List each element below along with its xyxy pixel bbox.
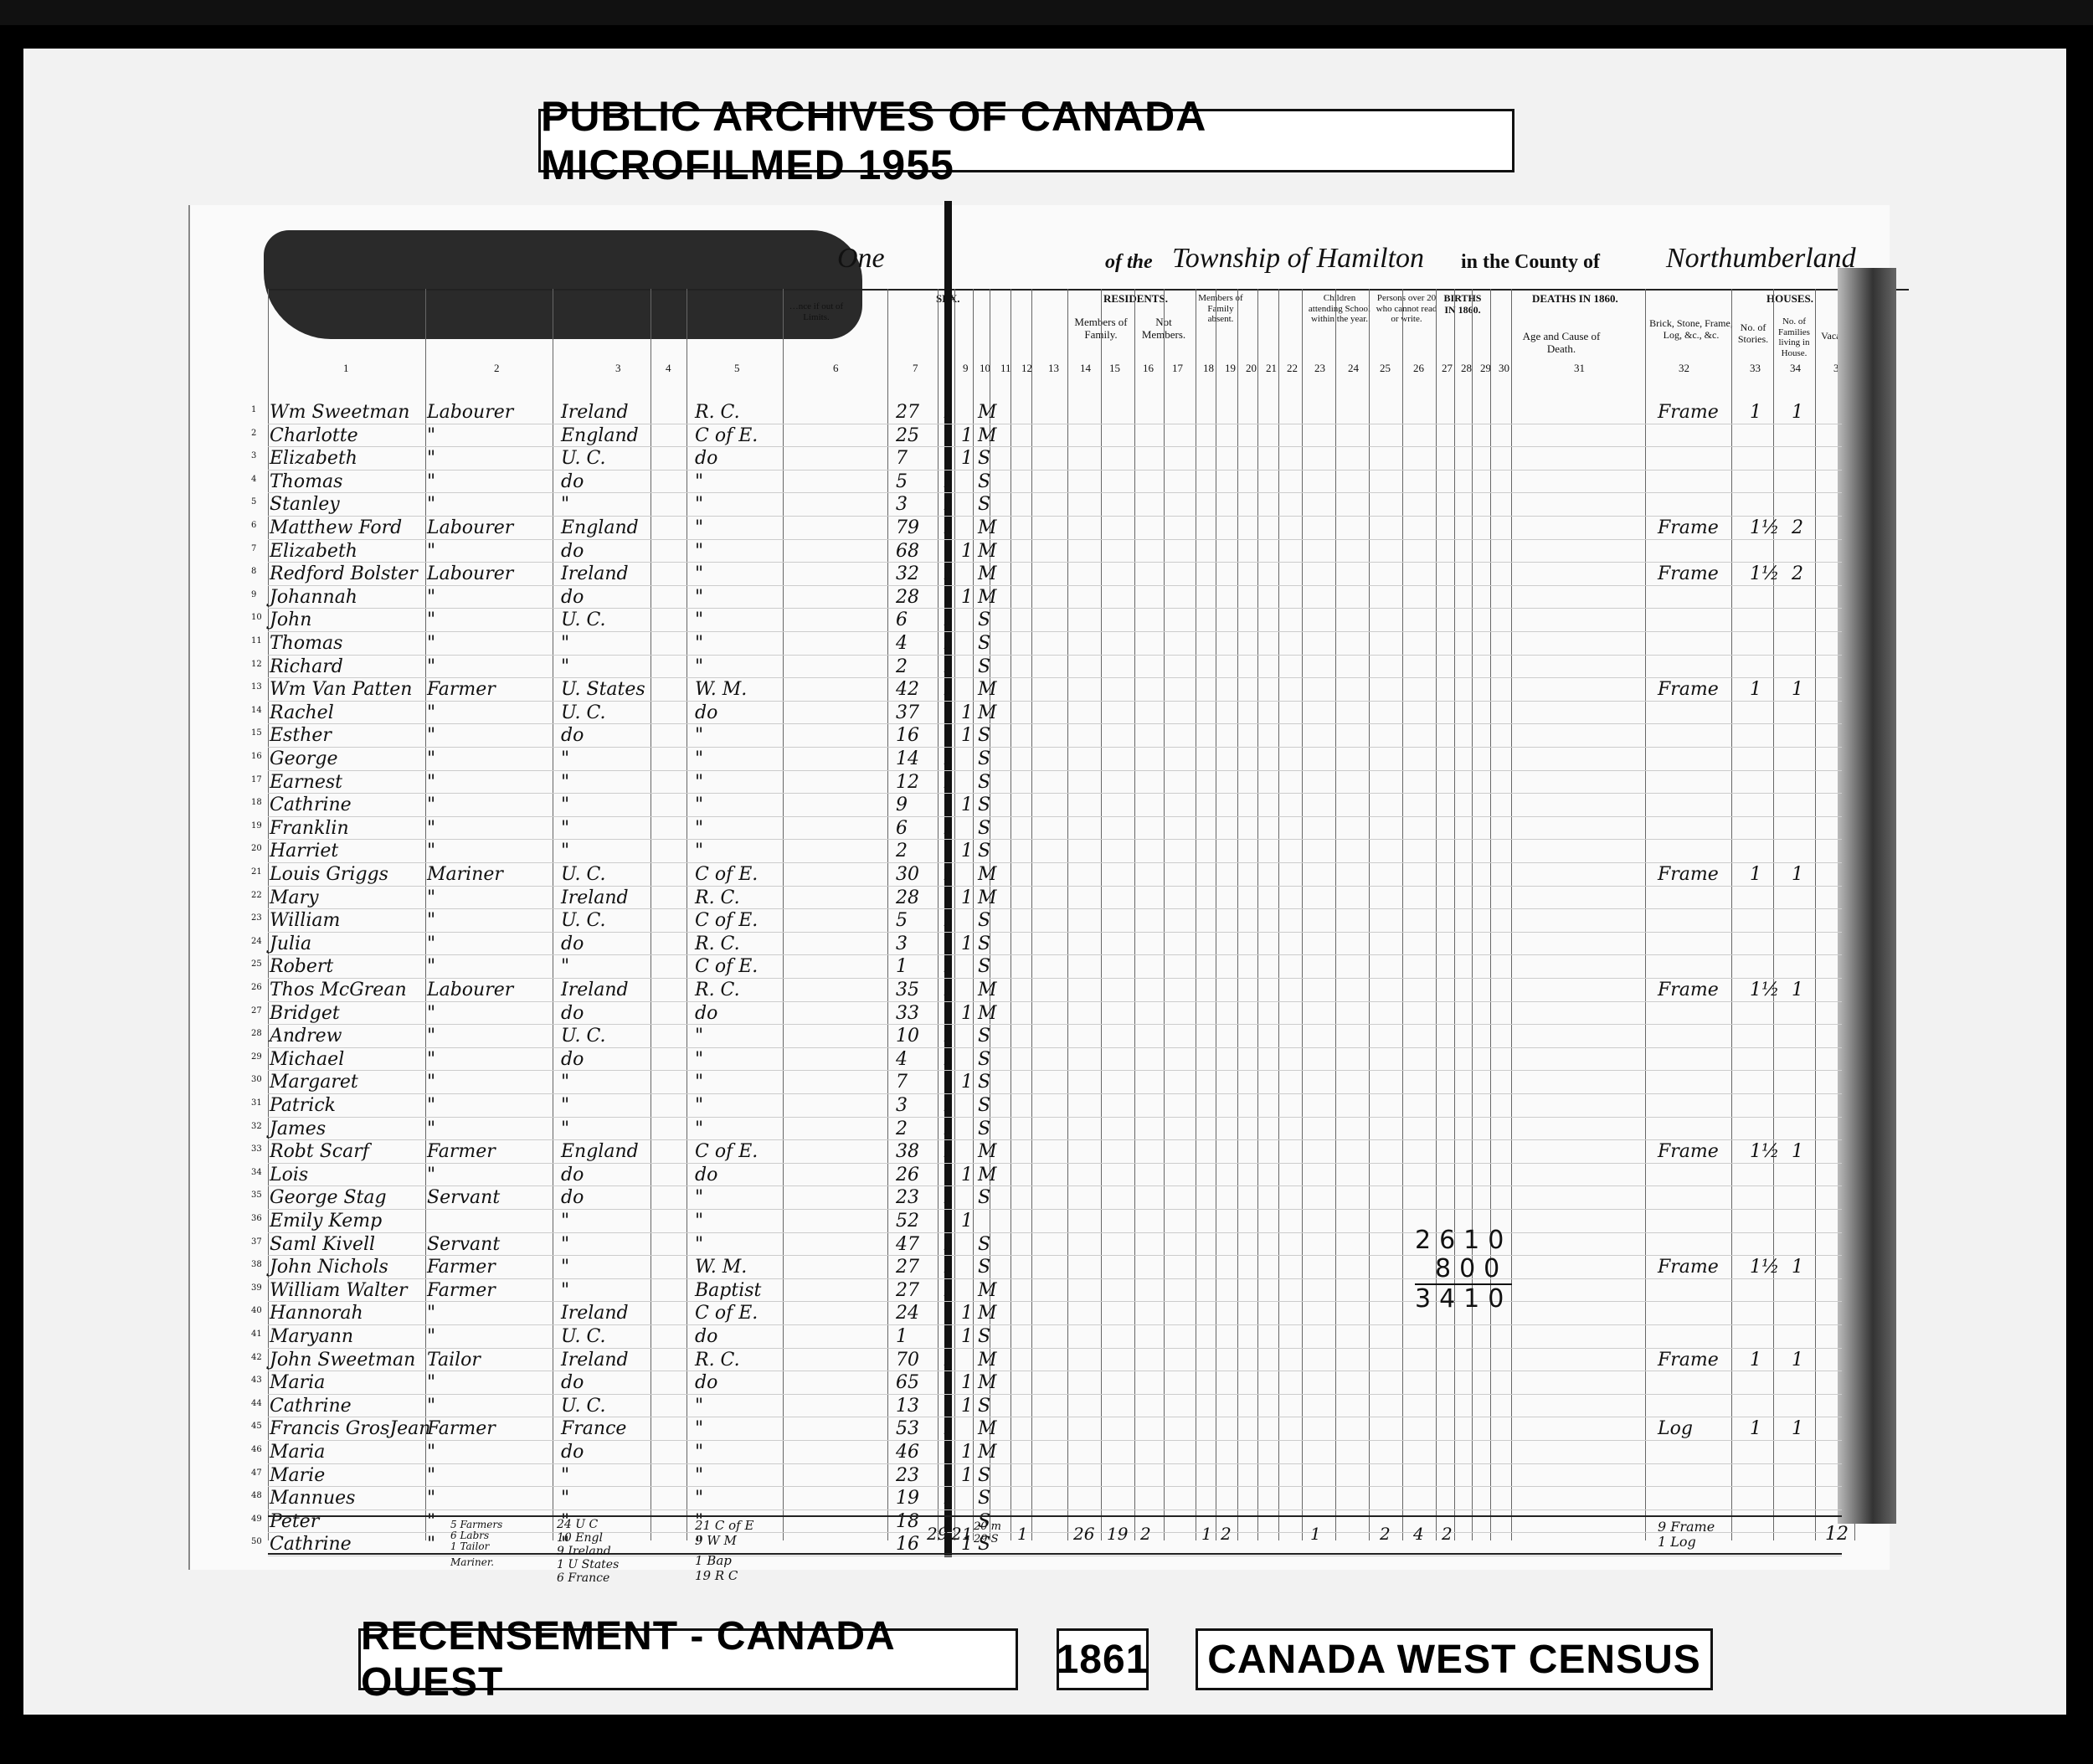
- birthplace-cell: ": [561, 1119, 569, 1139]
- families-cell: 2: [1792, 563, 1803, 584]
- marital-cell: M: [978, 563, 997, 584]
- name-cell: Cathrine: [270, 1396, 352, 1417]
- row-number: 17: [251, 775, 262, 784]
- age-cell: 12: [896, 772, 919, 793]
- col-num-30: 30: [1499, 362, 1509, 375]
- marital-cell: S: [978, 748, 990, 769]
- table-row: 24Julia"doR. C.31S: [251, 933, 1842, 958]
- birthplace-cell: Ireland: [561, 980, 629, 1000]
- religion-cell: C of E.: [695, 956, 758, 977]
- total-family-m: 26: [1073, 1524, 1094, 1544]
- birthplace-cell: ": [561, 1257, 569, 1278]
- age-cell: 30: [896, 864, 919, 885]
- female-cell: 1: [961, 1396, 973, 1417]
- name-cell: Francis GrosJean: [270, 1418, 430, 1439]
- row-number: 25: [251, 959, 262, 969]
- age-cell: 37: [896, 702, 919, 723]
- row-number: 1: [251, 405, 256, 414]
- marital-cell: S: [978, 471, 990, 492]
- marital-cell: M: [978, 587, 997, 608]
- marital-cell: M: [978, 402, 997, 423]
- table-row: 13Wm Van PattenFarmerU. StatesW. M.421MF…: [251, 679, 1842, 703]
- col-num-16: 16: [1143, 362, 1154, 375]
- col-num-1: 1: [343, 362, 349, 375]
- religion-cell: ": [695, 1072, 703, 1093]
- archive-label-english: CANADA WEST CENSUS: [1196, 1628, 1713, 1690]
- religion-cell: do: [695, 702, 717, 723]
- male-cell: 1: [943, 1141, 954, 1162]
- male-cell: 1: [943, 1257, 954, 1278]
- col-num-28: 28: [1461, 362, 1472, 375]
- female-cell: 1: [961, 1003, 973, 1024]
- name-cell: Maryann: [270, 1326, 353, 1347]
- religion-cell: ": [695, 494, 703, 515]
- religion-cell: ": [695, 772, 703, 793]
- birthplace-cell: do: [561, 933, 584, 954]
- female-cell: 1: [961, 541, 973, 562]
- house-type-cell: Log: [1658, 1418, 1693, 1439]
- name-cell: John Nichols: [270, 1257, 388, 1278]
- marital-cell: M: [978, 1003, 997, 1024]
- female-cell: 1: [961, 587, 973, 608]
- total-families: 12: [1825, 1524, 1849, 1545]
- name-cell: John: [270, 609, 311, 630]
- row-number: 4: [251, 475, 256, 484]
- table-row: 31Patrick"""31S: [251, 1095, 1842, 1119]
- age-cell: 38: [896, 1141, 919, 1162]
- age-cell: 18: [896, 1511, 919, 1532]
- birthplace-cell: ": [561, 1280, 569, 1301]
- birthplace-cell: do: [561, 541, 584, 562]
- occupation-cell: Farmer: [427, 1141, 496, 1162]
- row-number: 16: [251, 752, 262, 761]
- age-cell: 9: [896, 795, 908, 815]
- name-cell: Maria: [270, 1372, 325, 1393]
- female-cell: 1: [961, 1326, 973, 1347]
- table-row: 42John SweetmanTailorIrelandR. C.701MFra…: [251, 1350, 1842, 1374]
- house-type-cell: Frame: [1658, 1257, 1719, 1278]
- religion-cell: ": [695, 1488, 703, 1509]
- row-number: 14: [251, 706, 262, 715]
- female-cell: 1: [961, 702, 973, 723]
- name-cell: Bridget: [270, 1003, 340, 1024]
- occupation-cell: ": [427, 448, 435, 469]
- male-cell: 1: [943, 1049, 954, 1070]
- religion-cell: C of E.: [695, 1141, 758, 1162]
- age-cell: 6: [896, 609, 908, 630]
- table-row: 15Esther"do"161S: [251, 725, 1842, 749]
- col-num-15: 15: [1109, 362, 1120, 375]
- occupation-cell: Tailor: [427, 1350, 481, 1371]
- religion-cell: R. C.: [695, 887, 740, 908]
- occupation-cell: Farmer: [427, 1280, 496, 1301]
- occupation-cell: ": [427, 910, 435, 931]
- marital-cell: M: [978, 1165, 997, 1185]
- religion-cell: ": [695, 1465, 703, 1486]
- age-cell: 13: [896, 1396, 919, 1417]
- religion-cell: W. M.: [695, 1257, 747, 1278]
- male-cell: 1: [943, 1095, 954, 1116]
- total-family-f: 19: [1107, 1524, 1128, 1544]
- totals-bottom-rule: [268, 1553, 1842, 1555]
- age-cell: 4: [896, 633, 908, 654]
- religion-cell: ": [695, 1234, 703, 1255]
- age-cell: 68: [896, 541, 919, 562]
- birthplace-cell: ": [561, 1072, 569, 1093]
- name-cell: Elizabeth: [270, 541, 357, 562]
- male-cell: 1: [943, 1187, 954, 1208]
- marital-cell: M: [978, 1372, 997, 1393]
- archive-label-french: RECENSEMENT - CANADA OUEST: [358, 1628, 1018, 1690]
- birthplace-cell: ": [561, 1488, 569, 1509]
- occupation-cell: Farmer: [427, 1418, 496, 1439]
- name-cell: Charlotte: [270, 425, 358, 446]
- age-cell: 14: [896, 748, 919, 769]
- age-cell: 1: [896, 1326, 908, 1347]
- birthplace-cell: do: [561, 1165, 584, 1185]
- name-cell: Esther: [270, 725, 332, 746]
- redacted-area: [264, 230, 862, 339]
- name-cell: Patrick: [270, 1095, 336, 1116]
- table-row: 17Earnest"""121S: [251, 772, 1842, 796]
- col-num-34: 34: [1790, 362, 1801, 375]
- marital-cell: S: [978, 933, 990, 954]
- marital-cell: S: [978, 910, 990, 931]
- row-number: 18: [251, 798, 262, 807]
- table-row: 48Mannues"""191S: [251, 1488, 1842, 1512]
- marital-cell: S: [978, 656, 990, 677]
- religion-cell: C of E.: [695, 425, 758, 446]
- header-deaths: DEATHS IN 1860.: [1532, 293, 1618, 306]
- table-row: 28Andrew"U. C."101S: [251, 1026, 1842, 1050]
- age-cell: 1: [896, 956, 908, 977]
- marital-cell: S: [978, 494, 990, 515]
- house-type-cell: Frame: [1658, 563, 1719, 584]
- name-cell: Julia: [270, 933, 311, 954]
- stories-cell: 1: [1750, 679, 1761, 700]
- name-cell: Maria: [270, 1442, 325, 1463]
- row-number: 22: [251, 891, 262, 900]
- families-cell: 1: [1792, 402, 1803, 423]
- name-cell: James: [270, 1119, 326, 1139]
- table-row: 12Richard"""21S: [251, 656, 1842, 681]
- religion-cell: do: [695, 1372, 717, 1393]
- total-notmember-m: 2: [1140, 1524, 1151, 1544]
- total-lunatics: 1: [1310, 1524, 1321, 1544]
- header-rule: [268, 289, 1909, 291]
- male-cell: 1: [943, 910, 954, 931]
- birthplace-cell: do: [561, 1003, 584, 1024]
- religion-cell: ": [695, 1442, 703, 1463]
- age-cell: 3: [896, 494, 908, 515]
- archive-label-top: PUBLIC ARCHIVES OF CANADA MICROFILMED 19…: [538, 109, 1514, 172]
- female-cell: 1: [961, 1211, 973, 1232]
- name-cell: Robert: [270, 956, 333, 977]
- families-cell: 1: [1792, 1141, 1803, 1162]
- marital-cell: S: [978, 1465, 990, 1486]
- marital-cell: S: [978, 1326, 990, 1347]
- row-number: 38: [251, 1260, 262, 1269]
- total-male: 29: [927, 1524, 948, 1544]
- row-number: 8: [251, 567, 256, 576]
- table-row: 2Charlotte"EnglandC of E.251M: [251, 425, 1842, 450]
- col-31-label: Age and Cause of Death.: [1511, 331, 1612, 356]
- occupation-cell: ": [427, 1095, 435, 1116]
- table-row: 16George"""141S: [251, 748, 1842, 773]
- row-number: 37: [251, 1237, 262, 1247]
- table-row: 26Thos McGreanLabourerIrelandR. C.351MFr…: [251, 980, 1842, 1004]
- female-cell: 1: [961, 725, 973, 746]
- row-number: 19: [251, 821, 262, 831]
- occupation-cell: ": [427, 772, 435, 793]
- name-cell: Saml Kivell: [270, 1234, 375, 1255]
- row-number: 32: [251, 1122, 262, 1131]
- row-number: 27: [251, 1006, 262, 1016]
- table-row: 37Saml KivellServant""471S: [251, 1234, 1842, 1258]
- marital-cell: S: [978, 1488, 990, 1509]
- marital-cell: S: [978, 633, 990, 654]
- row-number: 11: [251, 636, 262, 645]
- marital-cell: S: [978, 795, 990, 815]
- stories-cell: 1: [1750, 1418, 1761, 1439]
- occupation-cell: ": [427, 1119, 435, 1139]
- female-cell: 1: [961, 887, 973, 908]
- occupation-cell: Labourer: [427, 517, 513, 538]
- female-cell: 1: [961, 1442, 973, 1463]
- age-cell: 2: [896, 841, 908, 861]
- table-row: 32James"""21S: [251, 1119, 1842, 1143]
- birthplace-cell: U. C.: [561, 448, 606, 469]
- marital-cell: S: [978, 1049, 990, 1070]
- birthplace-cell: Ireland: [561, 1350, 629, 1371]
- occupation-cell: ": [427, 494, 435, 515]
- header-members-absent: Members of Family absent.: [1196, 293, 1246, 325]
- total-absent-f: 2: [1221, 1524, 1232, 1544]
- occupation-cell: ": [427, 1372, 435, 1393]
- name-cell: Johannah: [270, 587, 357, 608]
- occupation-cell: Servant: [427, 1234, 500, 1255]
- age-cell: 3: [896, 1095, 908, 1116]
- marital-cell: M: [978, 887, 997, 908]
- name-cell: Emily Kemp: [270, 1211, 382, 1232]
- age-cell: 4: [896, 1049, 908, 1070]
- birthplace-cell: France: [561, 1418, 626, 1439]
- religion-cell: ": [695, 1187, 703, 1208]
- row-number: 21: [251, 867, 262, 877]
- name-cell: William: [270, 910, 340, 931]
- name-cell: Robt Scarf: [270, 1141, 369, 1162]
- male-cell: 1: [943, 1280, 954, 1301]
- occupation-cell: ": [427, 748, 435, 769]
- marital-cell: M: [978, 702, 997, 723]
- marital-cell: S: [978, 1026, 990, 1047]
- religion-cell: ": [695, 587, 703, 608]
- name-cell: Redford Bolster: [270, 563, 418, 584]
- house-type-cell: Frame: [1658, 980, 1719, 1000]
- col-num-23: 23: [1314, 362, 1325, 375]
- row-number: 12: [251, 660, 262, 669]
- birthplace-cell: ": [561, 818, 569, 839]
- male-cell: 1: [943, 1119, 954, 1139]
- col-num-31: 31: [1574, 362, 1585, 375]
- birthplace-cell: Ireland: [561, 563, 629, 584]
- house-type-cell: Frame: [1658, 864, 1719, 885]
- age-cell: 2: [896, 656, 908, 677]
- families-cell: 2: [1792, 517, 1803, 538]
- female-cell: 1: [961, 1303, 973, 1324]
- table-row: 44Cathrine"U. C."131S: [251, 1396, 1842, 1420]
- occupation-cell: ": [427, 1303, 435, 1324]
- religion-cell: do: [695, 448, 717, 469]
- occupation-cell: ": [427, 1072, 435, 1093]
- families-cell: 1: [1792, 864, 1803, 885]
- religion-cell: ": [695, 1396, 703, 1417]
- table-row: 7Elizabeth"do"681M: [251, 541, 1842, 565]
- col-num-26: 26: [1413, 362, 1424, 375]
- table-row: 22Mary"IrelandR. C.281M: [251, 887, 1842, 912]
- name-cell: Stanley: [270, 494, 340, 515]
- col-num-24: 24: [1348, 362, 1359, 375]
- birthplace-cell: ": [561, 748, 569, 769]
- table-row: 14Rachel"U. C.do371M: [251, 702, 1842, 727]
- name-cell: Franklin: [270, 818, 349, 839]
- religion-cell: do: [695, 1326, 717, 1347]
- age-cell: 46: [896, 1442, 919, 1463]
- name-cell: Michael: [270, 1049, 344, 1070]
- table-row: 45Francis GrosJeanFarmerFrance"531MLog11: [251, 1418, 1842, 1443]
- female-cell: 1: [961, 1165, 973, 1185]
- table-row: 41Maryann"U. C.do11S: [251, 1326, 1842, 1350]
- religion-cell: ": [695, 517, 703, 538]
- religion-cell: do: [695, 1003, 717, 1024]
- occupation-cell: ": [427, 933, 435, 954]
- occupation-cell: ": [427, 1049, 435, 1070]
- row-number: 26: [251, 983, 262, 992]
- occupation-cell: ": [427, 633, 435, 654]
- table-row: 39William WalterFarmer"Baptist271M: [251, 1280, 1842, 1304]
- stories-cell: 1½: [1750, 563, 1779, 584]
- male-cell: 1: [943, 679, 954, 700]
- birthplace-cell: ": [561, 1465, 569, 1486]
- occupation-cell: ": [427, 1511, 435, 1532]
- age-cell: 33: [896, 1003, 919, 1024]
- birthplace-cell: do: [561, 587, 584, 608]
- age-cell: 53: [896, 1418, 919, 1439]
- col-num-13: 13: [1048, 362, 1059, 375]
- age-cell: 25: [896, 425, 919, 446]
- birthplace-cell: ": [561, 841, 569, 861]
- birthplace-cell: do: [561, 1187, 584, 1208]
- table-row: 43Maria"dodo651M: [251, 1372, 1842, 1396]
- table-row: 6Matthew FordLabourerEngland"791MFrame1½…: [251, 517, 1842, 542]
- col-num-18: 18: [1203, 362, 1214, 375]
- female-cell: 1: [961, 1072, 973, 1093]
- table-row: 23William"U. C.C of E.51S: [251, 910, 1842, 934]
- row-number: 9: [251, 590, 256, 599]
- table-row: 10John"U. C."61S: [251, 609, 1842, 634]
- religion-cell: ": [695, 541, 703, 562]
- occupation-cell: ": [427, 541, 435, 562]
- occupation-cell: ": [427, 471, 435, 492]
- col-num-14: 14: [1080, 362, 1091, 375]
- age-cell: 5: [896, 910, 908, 931]
- marital-cell: M: [978, 517, 997, 538]
- name-cell: Peter: [270, 1511, 319, 1532]
- religion-cell: ": [695, 563, 703, 584]
- age-cell: 16: [896, 725, 919, 746]
- marital-cell: M: [978, 1141, 997, 1162]
- birthplace-cell: do: [561, 725, 584, 746]
- occupation-cell: Farmer: [427, 1257, 496, 1278]
- col-num-11: 11: [1000, 362, 1011, 375]
- male-cell: 1: [943, 402, 954, 423]
- totals-occupations: 5 Farmers6 Labrs1 TailorMariner.: [450, 1520, 502, 1568]
- occupation-cell: ": [427, 702, 435, 723]
- age-cell: 27: [896, 1257, 919, 1278]
- male-cell: 1: [943, 1418, 954, 1439]
- name-cell: Margaret: [270, 1072, 358, 1093]
- age-cell: 3: [896, 933, 908, 954]
- occupation-cell: ": [427, 425, 435, 446]
- page-edge-shadow: [1838, 268, 1896, 1524]
- age-cell: 10: [896, 1026, 919, 1047]
- row-number: 31: [251, 1098, 262, 1108]
- religion-cell: ": [695, 1418, 703, 1439]
- stories-cell: 1½: [1750, 1141, 1779, 1162]
- age-cell: 7: [896, 1072, 908, 1093]
- total-illiterate-f: 4: [1413, 1524, 1424, 1544]
- table-row: 20Harriet"""21S: [251, 841, 1842, 865]
- col-num-5: 5: [734, 362, 740, 375]
- religion-cell: R. C.: [695, 980, 740, 1000]
- male-cell: 1: [943, 517, 954, 538]
- table-row: 29Michael"do"41S: [251, 1049, 1842, 1073]
- religion-cell: R. C.: [695, 933, 740, 954]
- religion-cell: ": [695, 1049, 703, 1070]
- row-number: 41: [251, 1329, 262, 1339]
- occupation-cell: ": [427, 1396, 435, 1417]
- totals-top-rule: [268, 1515, 1842, 1517]
- total-widows: 1: [1017, 1524, 1028, 1544]
- religion-cell: ": [695, 633, 703, 654]
- table-row: 35George StagServantdo"231S: [251, 1187, 1842, 1211]
- age-cell: 32: [896, 563, 919, 584]
- name-cell: Hannorah: [270, 1303, 363, 1324]
- marital-cell: S: [978, 772, 990, 793]
- religion-cell: ": [695, 1211, 703, 1232]
- table-row: 40Hannorah"IrelandC of E.241M: [251, 1303, 1842, 1327]
- birthplace-cell: U. C.: [561, 702, 606, 723]
- occupation-cell: ": [427, 1165, 435, 1185]
- row-number: 33: [251, 1144, 262, 1154]
- county-label: in the County of: [1461, 251, 1600, 274]
- col-num-4: 4: [666, 362, 671, 375]
- families-cell: 1: [1792, 1257, 1803, 1278]
- name-cell: Cathrine: [270, 1534, 352, 1555]
- male-cell: 1: [943, 818, 954, 839]
- birthplace-cell: ": [561, 772, 569, 793]
- house-type-cell: Frame: [1658, 1350, 1719, 1371]
- age-cell: 27: [896, 1280, 919, 1301]
- religion-cell: ": [695, 471, 703, 492]
- occupation-cell: ": [427, 887, 435, 908]
- male-cell: 1: [943, 980, 954, 1000]
- marital-cell: S: [978, 1119, 990, 1139]
- birthplace-cell: U. C.: [561, 910, 606, 931]
- male-cell: 1: [943, 1234, 954, 1255]
- occupation-cell: ": [427, 1442, 435, 1463]
- religion-cell: C of E.: [695, 1303, 758, 1324]
